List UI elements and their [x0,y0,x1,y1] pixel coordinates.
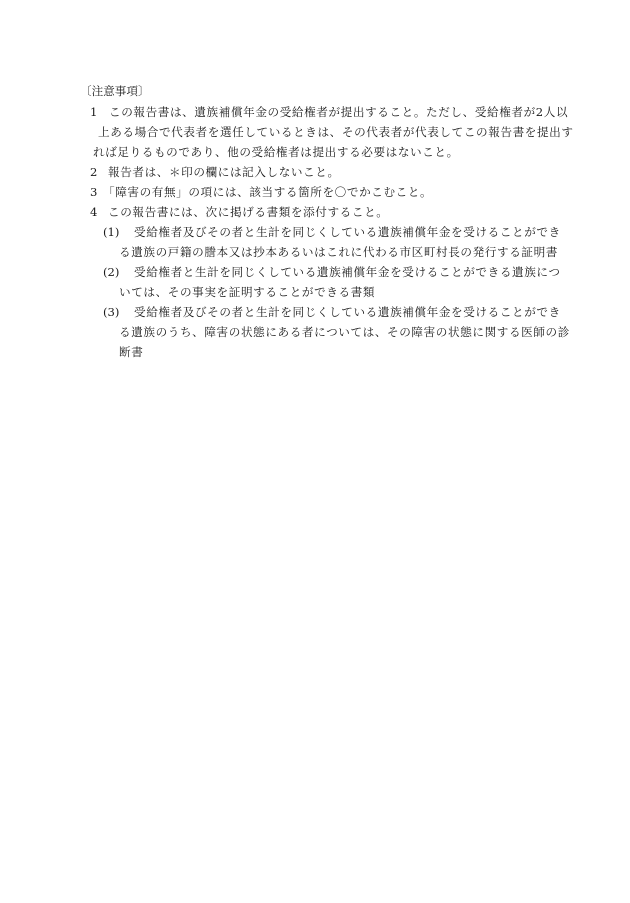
item-3-number: 3 [90,185,97,199]
item-1-number: 1 [90,105,97,119]
subitem-3-line-2: る遺族のうち、障害の状態にある者については、その障害の状態に関する医師の診 [119,325,570,339]
item-4-line-1: この報告書には、次に掲げる書類を添付すること。 [108,205,388,219]
item-1-line-2: 上ある場合で代表者を選任しているときは、その代表者が代表してこの報告書を提出す [98,125,574,139]
item-1-line-1: この報告書は、遺族補償年金の受給権者が提出すること。ただし、受給権者が2人以 [109,105,568,119]
subitem-3-number: (3) [103,305,119,319]
document-page: 〔注意事項〕 1 この報告書は、遺族補償年金の受給権者が提出すること。ただし、受… [0,0,630,903]
subitem-1-number: (1) [103,225,119,239]
subitem-1-line-1: 受給権者及びその者と生計を同じくしている遺族補償年金を受けることができ [134,225,561,239]
item-4-number: 4 [90,205,97,219]
item-2-number: 2 [90,165,97,179]
subitem-2-line-1: 受給権者と生計を同じくしている遺族補償年金を受けることができる遺族につ [134,265,561,279]
subitem-3-line-3: 断書 [119,345,143,359]
notes-heading: 〔注意事項〕 [80,84,150,98]
subitem-2-number: (2) [103,265,119,279]
item-3-line-1: 「障害の有無」の項には、該当する箇所を〇でかこむこと。 [103,185,432,199]
subitem-3-line-1: 受給権者及びその者と生計を同じくしている遺族補償年金を受けることができ [134,305,561,319]
subitem-2-line-2: いては、その事実を証明することができる書類 [119,285,375,299]
item-2-line-1: 報告者は、＊印の欄には記入しないこと。 [108,165,340,179]
item-1-line-3: れば足りるものであり、他の受給権者は提出する必要はないこと。 [93,145,459,159]
subitem-1-line-2: る遺族の戸籍の謄本又は抄本あるいはこれに代わる市区町村長の発行する証明書 [119,245,558,259]
